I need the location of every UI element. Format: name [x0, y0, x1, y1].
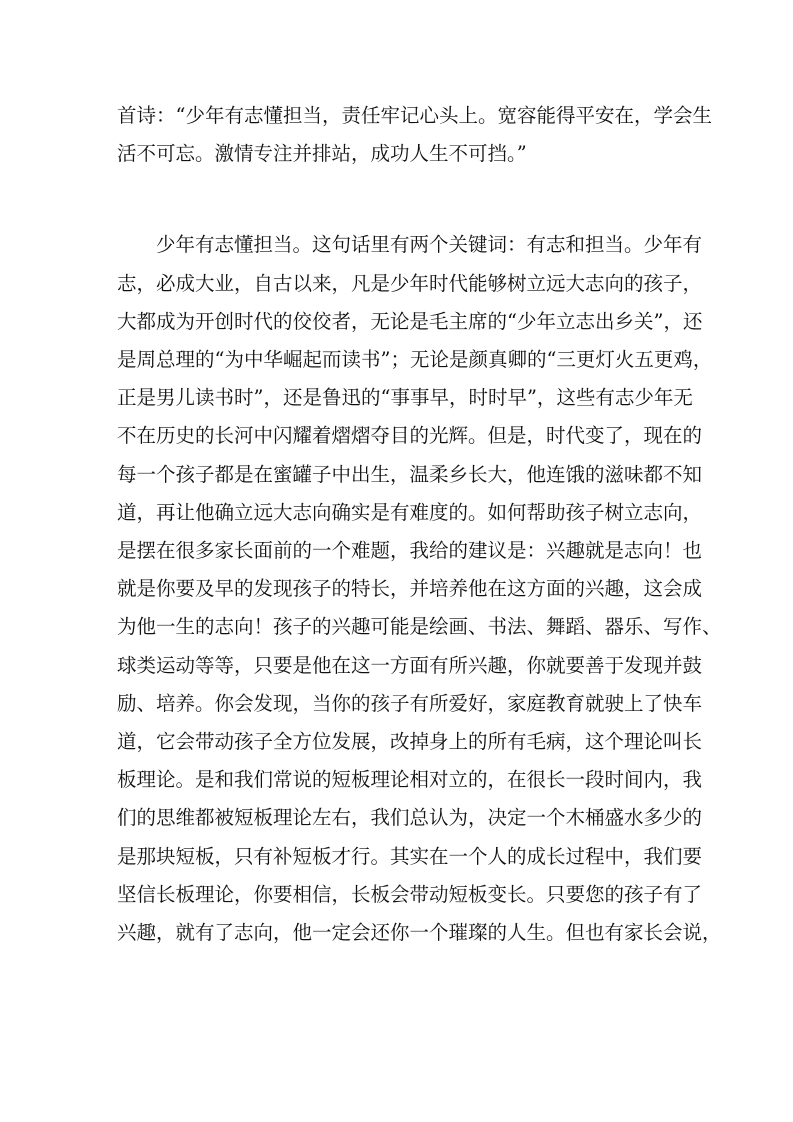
body-paragraph: 少年有志懂担当。这句话里有两个关键词：有志和担当。少年有 志，必成大业，自古以来… — [117, 226, 679, 952]
text-line: 首诗：“少年有志懂担当，责任牢记心头上。宽容能得平安在，学会生 — [117, 97, 679, 135]
text-line: 志，必成大业，自古以来，凡是少年时代能够树立远大志向的孩子， — [117, 265, 679, 303]
text-line: 正是男儿读书时”，还是鲁迅的“事事早，时时早”，这些有志少年无 — [117, 379, 679, 417]
text-line: 是摆在很多家长面前的一个难题，我给的建议是：兴趣就是志向！也 — [117, 532, 679, 570]
paragraph-gap — [117, 173, 679, 226]
text-line: 就是你要及早的发现孩子的特长，并培养他在这方面的兴趣，这会成 — [117, 570, 679, 608]
text-line: 道，它会带动孩子全方位发展，改掉身上的所有毛病，这个理论叫长 — [117, 723, 679, 761]
text-line: 每一个孩子都是在蜜罐子中出生，温柔乡长大，他连饿的滋味都不知 — [117, 456, 679, 494]
text-line: 不在历史的长河中闪耀着熠熠夺目的光辉。但是，时代变了，现在的 — [117, 417, 679, 455]
text-line: 活不可忘。激情专注并排站，成功人生不可挡。” — [117, 135, 679, 173]
document-page: 首诗：“少年有志懂担当，责任牢记心头上。宽容能得平安在，学会生 活不可忘。激情专… — [117, 97, 679, 952]
text-line: 少年有志懂担当。这句话里有两个关键词：有志和担当。少年有 — [117, 226, 679, 264]
text-line: 大都成为开创时代的佼佼者，无论是毛主席的“少年立志出乡关”，还 — [117, 303, 679, 341]
text-line: 球类运动等等，只要是他在这一方面有所兴趣，你就要善于发现并鼓 — [117, 647, 679, 685]
text-line: 板理论。是和我们常说的短板理论相对立的，在很长一段时间内，我 — [117, 761, 679, 799]
poem-paragraph: 首诗：“少年有志懂担当，责任牢记心头上。宽容能得平安在，学会生 活不可忘。激情专… — [117, 97, 679, 173]
text-line: 们的思维都被短板理论左右，我们总认为，决定一个木桶盛水多少的 — [117, 799, 679, 837]
text-line: 是那块短板，只有补短板才行。其实在一个人的成长过程中，我们要 — [117, 838, 679, 876]
text-line: 励、培养。你会发现，当你的孩子有所爱好，家庭教育就驶上了快车 — [117, 685, 679, 723]
text-line: 是周总理的“为中华崛起而读书”；无论是颜真卿的“三更灯火五更鸡， — [117, 341, 679, 379]
text-line: 为他一生的志向！孩子的兴趣可能是绘画、书法、舞蹈、器乐、写作、 — [117, 608, 679, 646]
text-line: 坚信长板理论，你要相信，长板会带动短板变长。只要您的孩子有了 — [117, 876, 679, 914]
text-line: 兴趣，就有了志向，他一定会还你一个璀璨的人生。但也有家长会说， — [117, 914, 679, 952]
text-line: 道，再让他确立远大志向确实是有难度的。如何帮助孩子树立志向， — [117, 494, 679, 532]
